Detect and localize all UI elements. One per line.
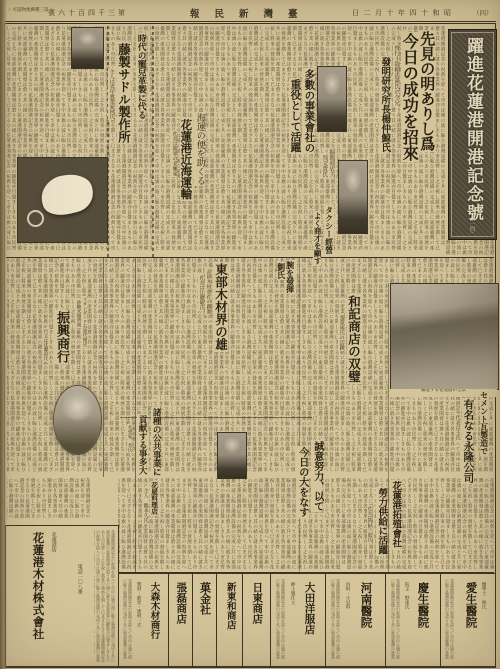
masthead-postal-note: ）可認物便郵種三第（ bbox=[8, 7, 53, 13]
headline-hanaya-line2: 主人 鶴本久氏 bbox=[142, 487, 148, 524]
masthead-issue-number: 號六十百四千三第 bbox=[48, 8, 128, 18]
headline-senken: 先見の明ありし爲 bbox=[419, 30, 435, 152]
section-rule bbox=[6, 257, 494, 258]
feature-part-number: （一四） bbox=[469, 216, 476, 236]
subhead-shinko: 行主は沈聰治氏 bbox=[43, 328, 48, 362]
saddle-ring bbox=[27, 210, 44, 227]
kicker-shinko-1: スタンダード石油代理店 bbox=[82, 296, 87, 348]
headline-konnichi: 今日の成功を招來 bbox=[401, 32, 418, 162]
headline-hanaya-line1: 花屋料理店 bbox=[150, 481, 157, 516]
ad-side-text: 內科・小兒科 bbox=[345, 582, 350, 609]
portrait-photo-1 bbox=[71, 27, 104, 69]
kicker-shinko-2: 砂糖米雜貨商 bbox=[76, 299, 81, 328]
body-text-filler: 花蓮港開港記念の祝典を迎へて市中は旗の波に賑ひ港灣設備の完成と共に東部臺灣の產業… bbox=[446, 240, 494, 256]
column-rule bbox=[103, 258, 104, 477]
kicker-konnichi: 飛行士故楊淸溪氏の令兄 bbox=[393, 44, 399, 107]
subhead-saddle: 主人は青年實業家林氏 bbox=[108, 68, 114, 120]
headline-jidai-kicker: 時代の寵兒革製に代る bbox=[136, 33, 145, 120]
ad-name: 河南醫院 bbox=[360, 582, 372, 628]
headline-kokyo-line1: 諸種の公共事業に bbox=[151, 407, 160, 477]
ad-name: 日東商店 bbox=[252, 582, 263, 624]
saddle-product-photo bbox=[17, 157, 108, 243]
portrait-photo-3 bbox=[338, 160, 368, 234]
ad-fine-print: 花蓮港開港記念の祝典を迎へて市中は旗の波に賑ひ港灣設備の完成と共に東部臺灣の產業… bbox=[445, 579, 455, 661]
subhead-cement: 代表は王氏 bbox=[454, 414, 460, 441]
column-rule bbox=[135, 258, 136, 572]
headline-takushoku-line2: 勞力供給に活躍 bbox=[376, 487, 386, 556]
ad-fine-print: 花蓮港開港記念の祝典を迎へて市中は旗の波に賑ひ港灣設備の完成と共に東部臺灣の產業… bbox=[94, 530, 116, 662]
harbor-landscape-photo bbox=[390, 283, 499, 390]
feature-title: 躍進花蓮港開港記念號 bbox=[464, 37, 481, 222]
headline-waki: 和記商店の双璧 bbox=[347, 294, 361, 384]
feature-title-box: 躍進花蓮港開港記念號 （一四） bbox=[448, 29, 497, 240]
headline-mokuzai: 東部木材界の雄 bbox=[214, 262, 228, 352]
ad-box-hualien-lumber: 花蓮港街 花蓮港木材株式會社 電話一〇八番 花蓮港開港記念の祝典を迎へて市中は旗… bbox=[5, 525, 119, 667]
ad-side-text: 院主 野東氏 bbox=[404, 582, 409, 609]
headline-shinko: 振興商行 bbox=[54, 310, 68, 364]
ad-box-nitto: 日東商店 bbox=[242, 573, 272, 667]
ad-box-kanan-hospital: 花蓮港開港記念の祝典を迎へて市中は旗の波に賑ひ港灣設備の完成と共に東部臺灣の產業… bbox=[325, 573, 387, 667]
masthead-rule bbox=[4, 21, 496, 22]
ad-side-text: 醫學士 林氏 bbox=[481, 582, 486, 609]
scan-edge-shadow bbox=[0, 0, 7, 669]
subhead-waki: 張榮兩氏の活躍 bbox=[338, 314, 344, 351]
subhead-mokuzai-1: 高砂木材會社の躍進 bbox=[205, 268, 211, 315]
ad-name: 新東和商店 bbox=[225, 582, 235, 630]
ad-name: 大田洋服店 bbox=[304, 582, 315, 635]
ad-fine-print: 花蓮港開港記念の祝典を迎へて市中は旗の波に賑ひ港灣設備の完成と共に東部臺灣の產業… bbox=[390, 579, 401, 661]
headline-kokyo-line2: 貢献する事多大 bbox=[137, 414, 146, 476]
headline-taxi-line2: よく商才を顯す bbox=[313, 211, 321, 266]
ad-name: 慶生醫院 bbox=[417, 582, 429, 628]
subhead-takushoku: 社長は門野三郎氏 bbox=[367, 505, 372, 543]
ad-name: 大森木材商行 bbox=[149, 582, 159, 639]
column-rule bbox=[152, 26, 154, 257]
ad-location: 花蓮港街 bbox=[50, 532, 56, 552]
column-rule bbox=[299, 258, 300, 572]
photo-caption-goshi-line1: 振源商店主 bbox=[328, 148, 334, 178]
body-text-filler: 花蓮港開港記念の祝典を迎へて市中は旗の波に賑ひ港灣設備の完成と共に東部臺灣の產業… bbox=[7, 478, 90, 523]
headline-kaiun-line1: 海運の便を助くる bbox=[194, 112, 204, 186]
ad-fine-print: 花蓮港開港記念の祝典を迎へて市中は旗の波に賑ひ港灣設備の完成と共に東部臺灣の產業… bbox=[275, 579, 286, 661]
headline-kaiun-line2: 花蓮港近海運輸 bbox=[180, 118, 192, 201]
ad-box-aisei-hospital: 花蓮港開港記念の祝典を迎へて市中は旗の波に賑ひ港灣設備の完成と共に東部臺灣の產業… bbox=[440, 573, 496, 667]
masthead-date: 日二月十年四十和昭 bbox=[352, 8, 456, 18]
ad-side-text: 製材・薪炭・建材一式 bbox=[136, 582, 141, 627]
ad-name: 愛生醫院 bbox=[465, 582, 477, 628]
newspaper-page: ）可認物便郵種三第（ 號六十百四千三第 報民新灣臺 日二月十年四十和昭 （四） … bbox=[0, 0, 500, 669]
section-rule bbox=[120, 417, 312, 418]
ad-fine-print: 花蓮港開港記念の祝典を迎へて市中は旗の波に賑ひ港灣設備の完成と共に東部臺灣の產業… bbox=[122, 579, 133, 661]
ad-box-chourai: 張磊商店 bbox=[168, 573, 194, 667]
column-rule bbox=[388, 283, 389, 572]
headline-seii-line2: 今日の大をなす bbox=[296, 446, 307, 518]
headline-tasu-line1: 多數の事業會社の bbox=[303, 68, 314, 154]
headline-saddle: 藤製サドル製作所 bbox=[117, 42, 131, 144]
ad-fine-print: 花蓮港開港記念の祝典を迎へて市中は旗の波に賑ひ港灣設備の完成と共に東部臺灣の產業… bbox=[330, 579, 341, 661]
headline-seii-line1: 誠意努力、以て bbox=[311, 440, 322, 512]
masthead-title: 報民新灣臺 bbox=[190, 6, 313, 20]
ad-box-omori-lumber: 花蓮港開港記念の祝典を迎へて市中は旗の波に賑ひ港灣設備の完成と共に東部臺灣の產業… bbox=[118, 573, 170, 667]
ad-box-shintowa: 新東和商店 bbox=[216, 573, 244, 667]
subhead-kaiun: 社長は斯界の老練家 bbox=[171, 130, 177, 177]
headline-konnichi-name: 發明研究所長楊仲鯨氏 bbox=[379, 56, 389, 153]
portrait-photo-5 bbox=[217, 432, 247, 479]
photo-caption-goshi-line2: 呉文貴氏 bbox=[321, 154, 327, 178]
ad-box-keisei-hospital: 花蓮港開港記念の祝典を迎へて市中は旗の波に賑ひ港灣設備の完成と共に東部臺灣の產業… bbox=[385, 573, 442, 667]
headline-cement-line2: 有名なる永隆公司 bbox=[462, 398, 473, 484]
ad-box-kakin: 菓金社 bbox=[192, 573, 218, 667]
ad-name: 菓金社 bbox=[200, 582, 211, 615]
ad-side-text: 紳士服仕立 bbox=[290, 582, 295, 605]
subhead-mokuzai-2: 社長は江聰敏氏 bbox=[198, 274, 204, 311]
headline-taxi-line1: タクシー經營 bbox=[325, 205, 334, 255]
ad-name: 花蓮港木材株式會社 bbox=[32, 532, 44, 640]
headline-cement-line1: セメント瓦製造で bbox=[480, 390, 489, 456]
subhead-kokyo: 名望家、李氏 bbox=[127, 424, 132, 453]
headline-tasu-line2: 重役として活躍 bbox=[289, 78, 300, 154]
masthead-page-marker: （四） bbox=[473, 8, 493, 17]
ad-box-ota-tailor: 花蓮港開港記念の祝典を迎へて市中は旗の波に賑ひ港灣設備の完成と共に東部臺灣の產業… bbox=[270, 573, 327, 667]
headline-ude: 腕を發揮 bbox=[286, 260, 295, 294]
saddle-shape bbox=[37, 169, 96, 219]
ad-name: 張磊商店 bbox=[176, 582, 187, 624]
ad-phone: 電話一〇八番 bbox=[76, 564, 82, 594]
headline-takushoku-line1: 花蓮港拓殖會社 bbox=[390, 480, 400, 549]
portrait-photo-4 bbox=[54, 386, 101, 454]
headline-ude-name: 劉氏 bbox=[277, 262, 286, 280]
portrait-photo-2 bbox=[317, 66, 347, 132]
